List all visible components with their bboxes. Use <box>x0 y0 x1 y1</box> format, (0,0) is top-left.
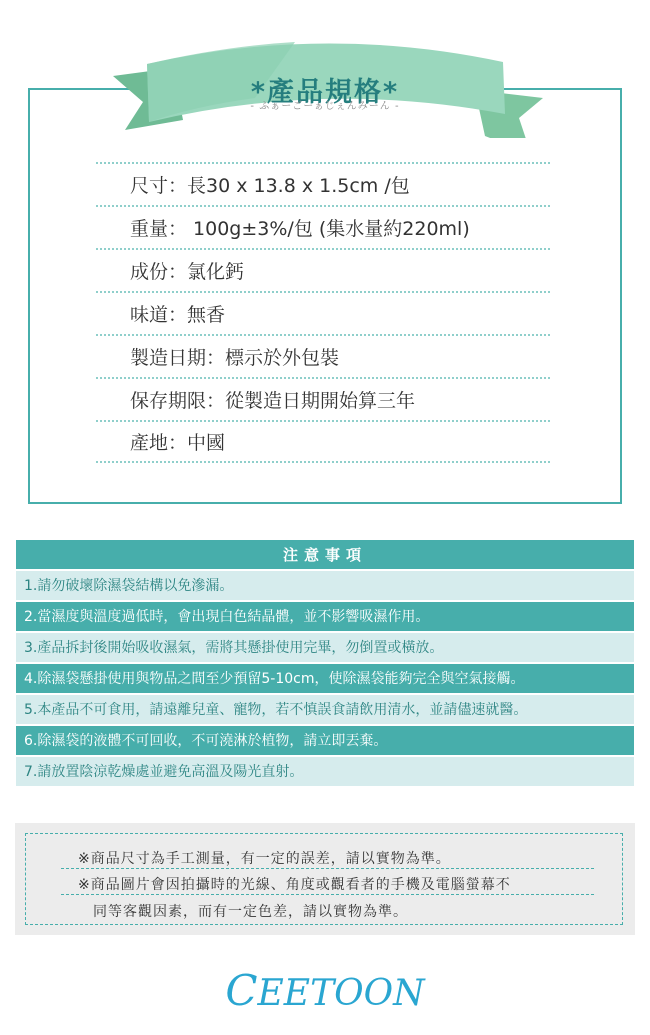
notice-item: 6.除濕袋的液體不可回收，不可澆淋於植物，請立即丟棄。 <box>16 726 634 757</box>
notice-item: 4.除濕袋懸掛使用與物品之間至少預留5-10cm，使除濕袋能夠完全與空氣接觸。 <box>16 664 634 695</box>
brand-logo: CEETOON <box>0 966 650 1015</box>
spec-subtitle: - ふぁーごーぁじぇんみーん - <box>0 97 650 112</box>
notice-item: 3.產品拆封後開始吸收濕氣，需將其懸掛使用完畢，勿倒置或橫放。 <box>16 633 634 664</box>
spec-row-manufacture-date: 製造日期：標示於外包裝 <box>96 334 550 377</box>
notice-item: 2.當濕度與溫度過低時，會出現白色結晶體，並不影響吸濕作用。 <box>16 602 634 633</box>
spec-row-shelf-life: 保存期限：從製造日期開始算三年 <box>96 377 550 420</box>
spec-row-weight: 重量： 100g±3%/包 (集水量約220ml) <box>96 205 550 248</box>
notice-title: 注意事項 <box>16 540 634 571</box>
disclaimer-color-note: ※商品圖片會因拍攝時的光線、角度或觀看者的手機及電腦螢幕不 <box>78 874 511 894</box>
divider <box>61 868 594 869</box>
spec-list: 尺寸：長30 x 13.8 x 1.5cm /包 重量： 100g±3%/包 (… <box>96 162 550 463</box>
divider <box>61 894 594 895</box>
spec-row-scent: 味道：無香 <box>96 291 550 334</box>
notice-item: 5.本產品不可食用，請遠離兒童、寵物，若不慎誤食請飲用清水，並請儘速就醫。 <box>16 695 634 726</box>
disclaimer-size-note: ※商品尺寸為手工測量，有一定的誤差，請以實物為準。 <box>78 848 451 868</box>
spec-ribbon-banner: *產品規格* <box>105 28 545 138</box>
disclaimer-color-note-cont: 同等客觀因素，而有一定色差，請以實物為準。 <box>93 901 408 921</box>
spec-row-origin: 產地：中國 <box>96 420 550 463</box>
spec-row-ingredient: 成份：氯化鈣 <box>96 248 550 291</box>
spec-row-size: 尺寸：長30 x 13.8 x 1.5cm /包 <box>96 162 550 205</box>
disclaimer-dashed-frame: ※商品尺寸為手工測量，有一定的誤差，請以實物為準。 ※商品圖片會因拍攝時的光線、… <box>25 833 623 925</box>
disclaimer-box: ※商品尺寸為手工測量，有一定的誤差，請以實物為準。 ※商品圖片會因拍攝時的光線、… <box>15 823 635 935</box>
notice-item: 1.請勿破壞除濕袋結構以免滲漏。 <box>16 571 634 602</box>
logo-rest: EETOON <box>258 973 425 1014</box>
logo-initial: C <box>225 966 257 1015</box>
notice-item: 7.請放置陰涼乾燥處並避免高溫及陽光直射。 <box>16 757 634 788</box>
notice-table: 注意事項 1.請勿破壞除濕袋結構以免滲漏。 2.當濕度與溫度過低時，會出現白色結… <box>16 540 634 788</box>
